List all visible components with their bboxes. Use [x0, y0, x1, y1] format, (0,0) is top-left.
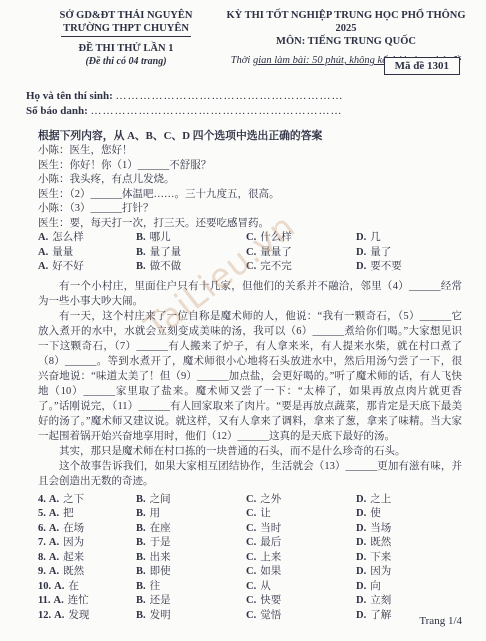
option-text: 如果	[260, 566, 281, 577]
exam-round-title: ĐỀ THI THỬ LẦN 1	[26, 42, 226, 55]
options-row-q8: 8.A.起来 B.出来 C.上来 D.下来	[38, 551, 462, 566]
instruction-heading: 根据下列内容，从 A、B、C、D 四个选项中选出正确的答案	[38, 128, 462, 143]
option-text: 连忙	[68, 595, 89, 606]
option-label: B.	[136, 261, 146, 272]
option-label: A.	[49, 494, 59, 505]
option-cell: 6.A.在场	[38, 522, 136, 537]
option-label: C.	[246, 247, 256, 258]
exam-pages-note: (Đề thi có 04 trang)	[26, 55, 226, 68]
passage-paragraph: 有一天，这个村庄来了一位自称是魔术师的人，他说：“我有一颗奇石，（5）_____…	[38, 309, 462, 444]
option-text: 从	[260, 581, 271, 592]
option-label: D.	[356, 232, 366, 243]
option-label: B.	[136, 595, 146, 606]
candidate-id-dotted-line: ………………………………………………………	[91, 105, 343, 117]
school-header-block: SỞ GD&ĐT THÁI NGUYÊN TRƯỜNG THPT CHUYÊN …	[26, 9, 226, 68]
dialogue-line: 小陈：（3）______打针？	[38, 202, 462, 217]
option-text: 怎么样	[52, 232, 84, 243]
option-cell: B.哪儿	[136, 231, 246, 246]
option-text: 立刻	[370, 595, 391, 606]
exam-content: 根据下列内容，从 A、B、C、D 四个选项中选出正确的答案 小陈：医生，您好！ …	[38, 128, 462, 623]
option-cell: B.之间	[136, 493, 246, 508]
exam-title: KỲ THI TỐT NGHIỆP TRUNG HỌC PHỔ THÔNG 20…	[226, 9, 466, 35]
question-number: 7.	[38, 537, 46, 548]
option-text: 让	[260, 508, 271, 519]
page-footer: Trang 1/4	[419, 615, 462, 627]
option-text: 之间	[150, 494, 171, 505]
options-row-q7: 7.A.因为 B.于是 C.最后 D.既然	[38, 536, 462, 551]
options-row-q4: 4.A.之下 B.之间 C.之外 D.之上	[38, 493, 462, 508]
options-row-q11: 11.A.连忙 B.还是 C.快要 D.立刻	[38, 594, 462, 609]
dialogue-line: 小陈：我头疼，有点儿发烧。	[38, 173, 462, 188]
option-cell: C.快要	[246, 594, 356, 609]
option-cell: D.立刻	[356, 594, 462, 609]
dialogue-line: 医生：要，每天打一次，打三天。还要吃感冒药。	[38, 217, 462, 232]
options-row-q10: 10.A.在 B.往 C.从 D.向	[38, 580, 462, 595]
option-cell: B.发明	[136, 609, 246, 624]
option-cell: 5.A.把	[38, 507, 136, 522]
option-text: 发现	[68, 610, 89, 621]
option-text: 要不要	[370, 261, 402, 272]
option-label: D.	[356, 523, 366, 534]
option-cell: C.上来	[246, 551, 356, 566]
option-label: C.	[246, 581, 256, 592]
option-label: D.	[356, 595, 366, 606]
passage-paragraph: 其实，那只是魔术师在村口拣的一块普通的石头，而不是什么珍奇的石头。	[38, 444, 462, 459]
option-cell: B.于是	[136, 536, 246, 551]
option-cell: B.还是	[136, 594, 246, 609]
option-label: B.	[136, 494, 146, 505]
option-text: 量了	[370, 247, 391, 258]
option-cell: C.如果	[246, 565, 356, 580]
question-number: 6.	[38, 523, 46, 534]
options-row-q3: A.好不好 B.做不做 C.完不完 D.要不要	[38, 260, 462, 275]
option-label: C.	[246, 232, 256, 243]
option-text: 快要	[260, 595, 281, 606]
option-cell: D.使	[356, 507, 462, 522]
option-label: C.	[246, 523, 256, 534]
question-number: 5.	[38, 508, 46, 519]
options-row-q1: A.怎么样 B.哪儿 C.什么样 D.几	[38, 231, 462, 246]
option-cell: B.往	[136, 580, 246, 595]
option-label: B.	[136, 581, 146, 592]
option-text: 因为	[63, 537, 84, 548]
option-label: B.	[136, 610, 146, 621]
option-text: 既然	[63, 566, 84, 577]
option-text: 使	[370, 508, 381, 519]
option-cell: B.做不做	[136, 260, 246, 275]
option-label: D.	[356, 610, 366, 621]
option-label: D.	[356, 261, 366, 272]
option-cell: C.觉悟	[246, 609, 356, 624]
option-label: C.	[246, 494, 256, 505]
question-number: 12.	[38, 610, 51, 621]
option-cell: A.怎么样	[38, 231, 136, 246]
school-name: TRƯỜNG THPT CHUYÊN	[61, 22, 191, 37]
candidate-name-dotted-line: …………………………………………………	[116, 90, 344, 102]
option-text: 既然	[370, 537, 391, 548]
option-text: 量量了	[260, 247, 292, 258]
option-text: 下来	[370, 552, 391, 563]
options-row-q6: 6.A.在场 B.在座 C.当时 D.当场	[38, 522, 462, 537]
option-cell: 8.A.起来	[38, 551, 136, 566]
option-text: 最后	[260, 537, 281, 548]
candidate-info-block: Họ và tên thí sinh: ………………………………………………… …	[26, 89, 462, 119]
option-cell: C.之外	[246, 493, 356, 508]
option-label: A.	[38, 232, 48, 243]
option-label: A.	[38, 261, 48, 272]
exam-subject: MÔN: TIẾNG TRUNG QUỐC	[226, 35, 466, 48]
option-label: D.	[356, 552, 366, 563]
option-label: A.	[49, 523, 59, 534]
dialogue-line: 医生：你好！你（1）______不舒服？	[38, 159, 462, 174]
option-cell: 10.A.在	[38, 580, 136, 595]
option-text: 把	[63, 508, 74, 519]
candidate-id-label: Số báo danh:	[26, 105, 88, 117]
option-text: 觉悟	[260, 610, 281, 621]
option-text: 量了量	[150, 247, 182, 258]
option-text: 完不完	[260, 261, 292, 272]
option-cell: C.最后	[246, 536, 356, 551]
option-text: 在	[68, 581, 79, 592]
option-cell: C.从	[246, 580, 356, 595]
option-text: 用	[150, 508, 161, 519]
option-label: A.	[38, 247, 48, 258]
option-text: 什么样	[260, 232, 292, 243]
option-label: A.	[54, 595, 64, 606]
option-text: 在座	[150, 523, 171, 534]
option-label: A.	[49, 552, 59, 563]
option-text: 量量	[52, 247, 73, 258]
option-cell: B.即使	[136, 565, 246, 580]
options-row-q2: A.量量 B.量了量 C.量量了 D.量了	[38, 246, 462, 261]
option-label: B.	[136, 552, 146, 563]
question-number: 8.	[38, 552, 46, 563]
option-cell: D.量了	[356, 246, 462, 261]
exam-paper-page: TaiLieu.vn SỞ GD&ĐT THÁI NGUYÊN TRƯỜNG T…	[0, 0, 486, 641]
option-text: 了解	[370, 610, 391, 621]
options-row-q12: 12.A.发现 B.发明 C.觉悟 D.了解	[38, 609, 462, 624]
option-label: B.	[136, 523, 146, 534]
option-label: C.	[246, 261, 256, 272]
option-label: B.	[136, 247, 146, 258]
option-cell: D.向	[356, 580, 462, 595]
question-number: 9.	[38, 566, 46, 577]
option-cell: D.当场	[356, 522, 462, 537]
option-cell: B.在座	[136, 522, 246, 537]
option-label: C.	[246, 566, 256, 577]
passage-paragraph: 这个故事告诉我们，如果大家相互团结协作，生活就会（13）______更加有滋有味…	[38, 459, 462, 489]
question-number: 4.	[38, 494, 46, 505]
school-dept: SỞ GD&ĐT THÁI NGUYÊN	[26, 9, 226, 22]
option-text: 发明	[150, 610, 171, 621]
question-number: 11.	[38, 595, 51, 606]
option-label: D.	[356, 494, 366, 505]
option-text: 做不做	[150, 261, 182, 272]
option-text: 向	[370, 581, 381, 592]
option-label: B.	[136, 566, 146, 577]
option-cell: C.让	[246, 507, 356, 522]
option-label: A.	[49, 566, 59, 577]
option-cell: 9.A.既然	[38, 565, 136, 580]
option-text: 在场	[63, 523, 84, 534]
option-cell: D.因为	[356, 565, 462, 580]
option-label: B.	[136, 508, 146, 519]
option-cell: C.当时	[246, 522, 356, 537]
option-cell: C.完不完	[246, 260, 356, 275]
option-label: C.	[246, 552, 256, 563]
option-label: C.	[246, 595, 256, 606]
option-text: 之下	[63, 494, 84, 505]
option-cell: D.下来	[356, 551, 462, 566]
option-label: A.	[54, 610, 64, 621]
option-text: 于是	[150, 537, 171, 548]
option-label: B.	[136, 232, 146, 243]
option-cell: C.量量了	[246, 246, 356, 261]
option-label: A.	[54, 581, 64, 592]
option-cell: 12.A.发现	[38, 609, 136, 624]
candidate-name-label: Họ và tên thí sinh:	[26, 90, 113, 102]
option-cell: D.之上	[356, 493, 462, 508]
option-text: 当场	[370, 523, 391, 534]
option-text: 上来	[260, 552, 281, 563]
option-cell: 7.A.因为	[38, 536, 136, 551]
option-text: 好不好	[52, 261, 84, 272]
option-text: 往	[150, 581, 161, 592]
option-text: 之上	[370, 494, 391, 505]
option-text: 出来	[150, 552, 171, 563]
option-cell: B.用	[136, 507, 246, 522]
option-label: C.	[246, 537, 256, 548]
option-label: C.	[246, 508, 256, 519]
option-cell: B.量了量	[136, 246, 246, 261]
option-cell: D.几	[356, 231, 462, 246]
candidate-name-row: Họ và tên thí sinh: …………………………………………………	[26, 89, 462, 104]
option-label: D.	[356, 247, 366, 258]
option-text: 之外	[260, 494, 281, 505]
option-label: A.	[49, 508, 59, 519]
option-cell: 4.A.之下	[38, 493, 136, 508]
option-label: A.	[49, 537, 59, 548]
candidate-id-row: Số báo danh: ………………………………………………………	[26, 104, 462, 119]
option-cell: A.量量	[38, 246, 136, 261]
exam-code-box: Mã đề 1301	[384, 57, 460, 75]
passage-paragraph: 有一个小村庄，里面住户只有十几家，但他们的关系并不融洽，邻里（4）______经…	[38, 279, 462, 309]
option-cell: A.好不好	[38, 260, 136, 275]
option-label: D.	[356, 566, 366, 577]
option-text: 即使	[150, 566, 171, 577]
option-label: D.	[356, 508, 366, 519]
option-label: C.	[246, 610, 256, 621]
option-text: 哪儿	[150, 232, 171, 243]
option-cell: D.既然	[356, 536, 462, 551]
options-row-q5: 5.A.把 B.用 C.让 D.使	[38, 507, 462, 522]
question-number: 10.	[38, 581, 51, 592]
option-label: D.	[356, 581, 366, 592]
option-cell: D.要不要	[356, 260, 462, 275]
option-label: D.	[356, 537, 366, 548]
option-text: 几	[370, 232, 381, 243]
option-text: 因为	[370, 566, 391, 577]
option-label: B.	[136, 537, 146, 548]
option-text: 还是	[150, 595, 171, 606]
option-cell: 11.A.连忙	[38, 594, 136, 609]
option-text: 起来	[63, 552, 84, 563]
option-text: 当时	[260, 523, 281, 534]
dialogue-line: 医生：（2）______体温吧……。三十九度五，很高。	[38, 188, 462, 203]
options-row-q9: 9.A.既然 B.即使 C.如果 D.因为	[38, 565, 462, 580]
option-cell: B.出来	[136, 551, 246, 566]
option-cell: C.什么样	[246, 231, 356, 246]
dialogue-line: 小陈：医生，您好！	[38, 144, 462, 159]
